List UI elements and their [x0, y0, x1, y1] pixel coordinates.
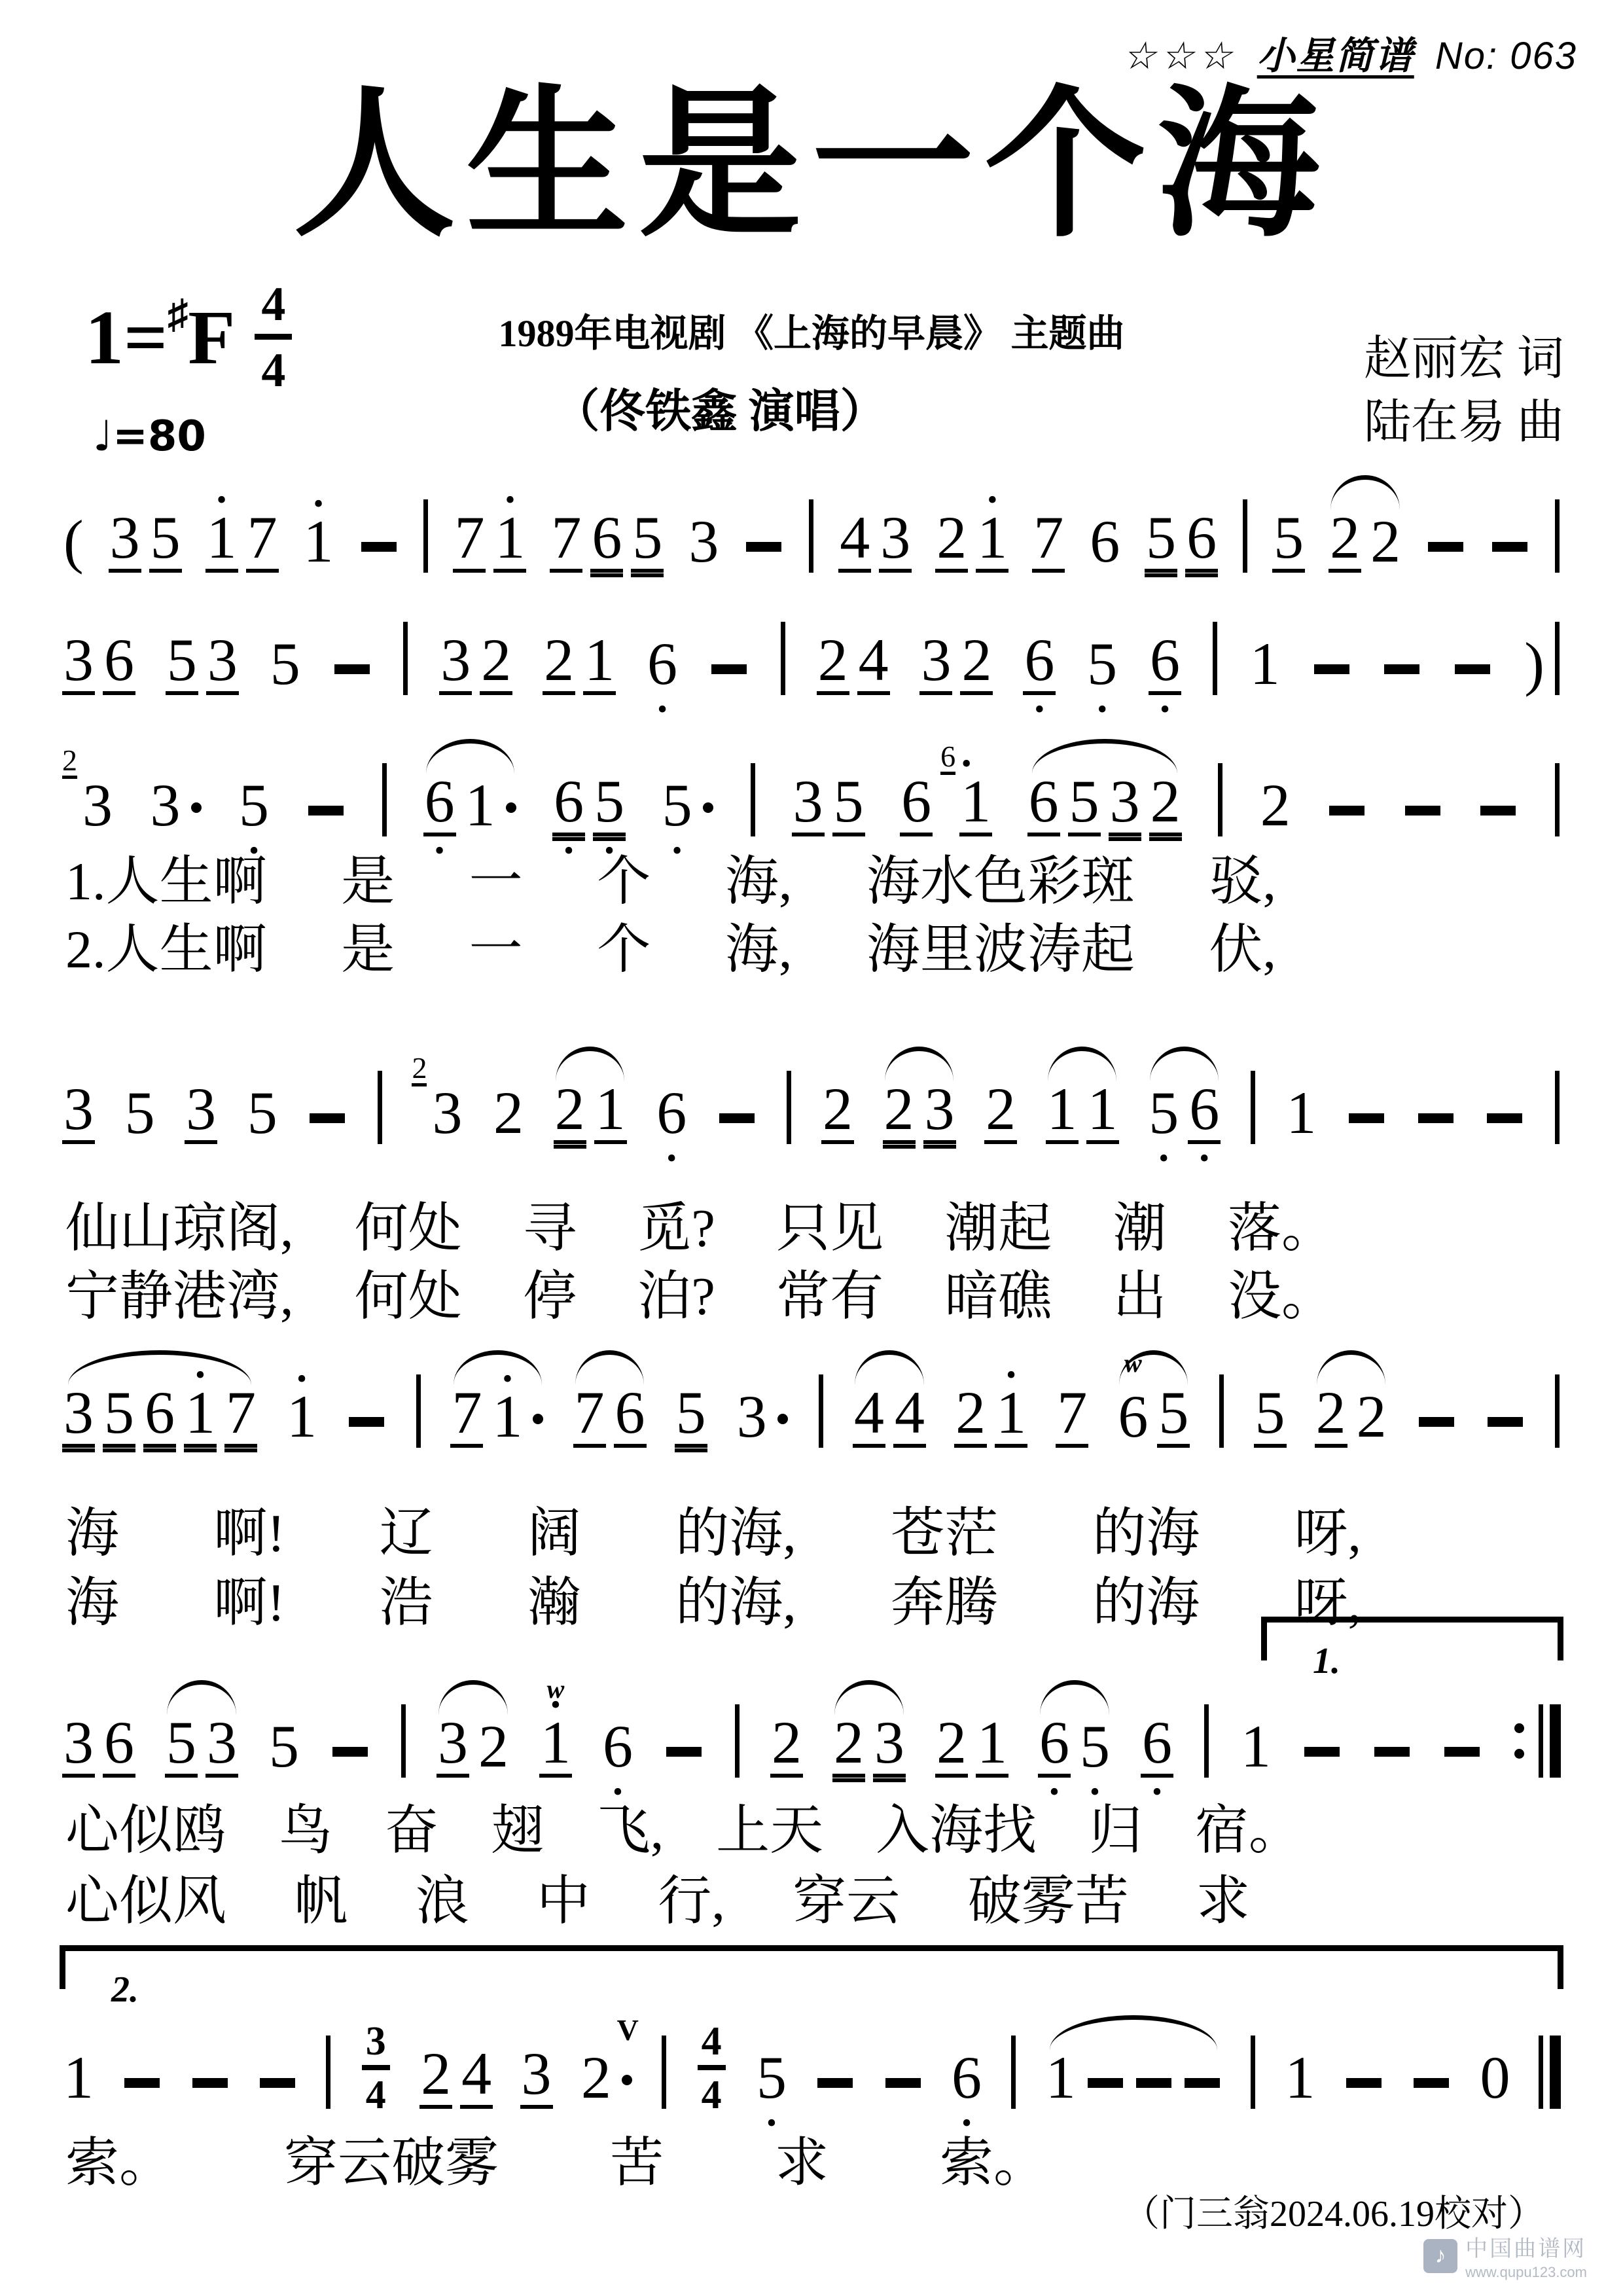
- note-digit: 2: [1369, 513, 1402, 573]
- low-octave-dot: •: [667, 1144, 677, 1173]
- note-group: 3: [185, 1081, 217, 1144]
- note-group: [1411, 2078, 1452, 2109]
- lyric-segment: 一: [469, 851, 523, 912]
- barline: [416, 1374, 421, 1448]
- lyric-segment: 辽: [380, 1503, 433, 1564]
- song-title: 人生是一个海: [0, 77, 1623, 256]
- note-digit: 2: [817, 632, 849, 695]
- note-digit: 3: [109, 509, 141, 573]
- note: 2: [1355, 1388, 1388, 1448]
- lyric-segment: 浩: [380, 1572, 433, 1634]
- high-octave-dot: •: [313, 490, 323, 518]
- duration-dash: [1418, 1113, 1454, 1123]
- note: 2: [1315, 1384, 1347, 1448]
- meter-denominator: 4: [366, 2070, 386, 2115]
- tied-note-group: 1: [1044, 2049, 1222, 2109]
- note-group: 1: [1283, 2049, 1316, 2109]
- lyric-segment: 仙山琼阁,: [65, 1198, 294, 1259]
- tempo-marking: ♩=80: [93, 412, 206, 461]
- note-group: [1485, 1417, 1525, 1448]
- note: 1: [1285, 1085, 1317, 1144]
- note-group: [664, 1747, 704, 1778]
- note-digit: 1: [302, 513, 335, 573]
- duration-dash: [711, 664, 747, 674]
- note: 5•: [1147, 1085, 1180, 1144]
- lyric-segment: 是: [341, 919, 395, 980]
- note: 1: [1249, 636, 1281, 695]
- note-group: [1554, 1071, 1561, 1144]
- note: 6•: [1141, 1714, 1173, 1778]
- lyric-segment: 个: [597, 919, 651, 980]
- note-group: [815, 2078, 855, 2109]
- note-digit: 4: [893, 1384, 926, 1448]
- duration-dash: [1329, 806, 1364, 816]
- note-digit: 3: [687, 513, 720, 573]
- lyric-segment: 破雾苦: [968, 1871, 1129, 1932]
- high-octave-dot: •: [503, 1365, 512, 1393]
- lyric-segment: 的海,: [675, 1572, 796, 1634]
- lyric-segment: 没。: [1228, 1266, 1335, 1327]
- lyrics-row: 1.人生啊是一个海,海水色彩斑驳,: [65, 851, 1558, 912]
- note: 6: [103, 1714, 135, 1778]
- barline: [1204, 1704, 1209, 1778]
- note-group: [709, 664, 749, 695]
- meter-numerator: 4: [698, 2021, 726, 2070]
- note-group: 2: [984, 1081, 1017, 1144]
- barline: [403, 622, 408, 695]
- time-signature: 34: [362, 2021, 390, 2115]
- note: 5: [165, 1714, 198, 1778]
- high-octave-dot: •: [217, 486, 226, 514]
- note: 5: [269, 636, 302, 695]
- volta-label: 2.: [111, 1971, 139, 2008]
- note: 7: [224, 1384, 257, 1448]
- lyric-segment: 2.人生啊: [65, 919, 267, 980]
- barline: [819, 1374, 823, 1448]
- note-group: 35: [109, 509, 182, 573]
- barline: [1011, 2036, 1016, 2109]
- note-group: [257, 2078, 298, 2109]
- note-digit: 6: [1023, 632, 1056, 695]
- composer-credit: 陆在易 曲: [1364, 391, 1564, 454]
- note-digit: 6: [143, 1384, 176, 1448]
- note-digit: 6: [1027, 773, 1060, 836]
- note-group: 56: [1145, 509, 1218, 573]
- note-group: ): [1523, 622, 1561, 695]
- note-digit: 1: [493, 509, 526, 573]
- note: 2: [480, 632, 512, 695]
- note-group: [1344, 2078, 1384, 2109]
- note: 6•: [655, 1085, 688, 1144]
- note-digit: 3: [736, 1388, 768, 1448]
- augmentation-dot: [703, 802, 713, 813]
- note: 5: [1272, 509, 1305, 573]
- note: 2: [1149, 773, 1182, 836]
- lyric-segment: 潮起: [944, 1198, 1052, 1259]
- barline: [1218, 763, 1222, 836]
- note-group: [717, 1113, 757, 1144]
- watermark: ♪ 中国曲谱网 www.qupu123.com: [1423, 2231, 1587, 2281]
- lyrics-row: 海啊!浩瀚的海,奔腾的海呀,: [65, 1572, 1558, 1634]
- note: 2V: [580, 2049, 613, 2109]
- note: 2: [770, 1714, 803, 1778]
- note-digit: 3: [919, 632, 952, 695]
- note-digit: 1: [1046, 1081, 1079, 1144]
- note-digit: 0: [1479, 2049, 1512, 2109]
- note-digit: 3: [873, 1714, 906, 1778]
- lyric-segment: 鸟: [279, 1800, 332, 1861]
- lyric-segment: 何处: [355, 1266, 462, 1327]
- note-digit: 5: [1079, 1718, 1111, 1778]
- note-digit: 7: [1056, 1384, 1088, 1448]
- duration-dash: [361, 542, 397, 552]
- note-group: 23: [412, 1085, 463, 1144]
- note-group: 32: [439, 632, 512, 695]
- lyric-segment: 泊?: [637, 1266, 715, 1327]
- note: 6•: [950, 2049, 983, 2109]
- note-digit: 2: [1329, 509, 1361, 573]
- note-digit: 6: [103, 632, 135, 695]
- note: 1•w: [539, 1714, 572, 1778]
- note: 3: [149, 777, 182, 836]
- lyric-segment: 觅?: [637, 1198, 715, 1259]
- note-group: [1010, 2036, 1017, 2109]
- lyric-segment: 索。: [940, 2132, 1047, 2194]
- note: 6•: [1188, 1081, 1221, 1144]
- note-group: 3: [687, 513, 720, 573]
- note-digit: 4: [460, 2045, 493, 2109]
- note-digit: 1: [959, 773, 992, 836]
- duration-dash: [1346, 2078, 1382, 2088]
- note-group: [1372, 1747, 1412, 1778]
- duration-dash: [1405, 806, 1440, 816]
- note: 5: [246, 1085, 279, 1144]
- note: 6•: [1038, 1714, 1071, 1778]
- grace-note: 6: [940, 742, 955, 775]
- note-group: [1327, 806, 1367, 836]
- tied-note-group: 32: [437, 1714, 510, 1778]
- music-system: 2.1342432V445•6•110: [62, 2011, 1561, 2109]
- note: 1: [1283, 2049, 1316, 2109]
- note: 1: [62, 2049, 95, 2109]
- barline: [735, 1704, 740, 1778]
- note-group: 7: [1056, 1384, 1088, 1448]
- note-group: [1484, 1113, 1525, 1144]
- note-digit: 1: [285, 1388, 318, 1448]
- note: 2: [1259, 777, 1292, 836]
- tied-note-group: 6•5•: [1038, 1714, 1111, 1778]
- key-prefix: 1=: [85, 293, 168, 382]
- lyric-segment: 个: [597, 851, 651, 912]
- duration-dash: [1428, 542, 1463, 552]
- barline: [378, 1071, 382, 1144]
- note-digit: 6: [900, 773, 933, 836]
- note-digit: 1: [205, 509, 238, 573]
- note-group: [415, 1374, 422, 1448]
- note: 5: [832, 773, 865, 836]
- note-digit: 4: [838, 509, 871, 573]
- volta-bracket: 2.: [60, 1945, 1563, 1989]
- barline: [1555, 1374, 1560, 1448]
- note: 1: [976, 1714, 1008, 1778]
- note: 2: [554, 1081, 586, 1144]
- lyric-segment: 呀,: [1294, 1503, 1361, 1564]
- note-digit: 7: [450, 1384, 483, 1448]
- series-brand: 小星简谱: [1257, 35, 1414, 77]
- lyric-segment: 上天: [716, 1800, 823, 1861]
- note-digit: 5: [149, 509, 182, 573]
- lyric-segment: 求: [1196, 1871, 1250, 1932]
- tied-note-group: 6w5: [1116, 1384, 1190, 1448]
- note-digit: 6: [423, 773, 456, 836]
- tied-note-group: 22: [1329, 509, 1402, 573]
- note: 3: [687, 513, 720, 573]
- note-group: [1241, 499, 1249, 573]
- note: 5: [268, 1718, 300, 1778]
- note-group: [332, 664, 372, 695]
- lyric-segment: 苦: [610, 2132, 664, 2194]
- barline: [809, 499, 813, 573]
- grace-note: 2: [62, 745, 77, 779]
- note-group: [1217, 763, 1224, 836]
- note-group: (: [62, 513, 85, 573]
- note-digit: 3: [792, 773, 825, 836]
- note-digit: 2: [883, 1081, 916, 1144]
- tied-note-group: 6•1: [423, 773, 518, 836]
- augmentation-dot: [533, 1414, 543, 1424]
- tied-note-group: 23: [832, 1714, 906, 1778]
- note-digit: 1: [594, 1081, 627, 1144]
- note-group: 6•: [655, 1085, 688, 1144]
- note: 3: [1109, 773, 1141, 836]
- note-group: [1211, 622, 1219, 695]
- low-octave-dot: •: [1159, 1144, 1169, 1173]
- meter-numerator: 4: [255, 280, 292, 340]
- lyric-segment: 归: [1089, 1800, 1143, 1861]
- note: 3: [736, 1388, 768, 1448]
- duration-dash: [1480, 806, 1516, 816]
- note-digit: 7: [1032, 509, 1065, 573]
- final-barline: [1539, 2036, 1561, 2109]
- note: 1•: [995, 1384, 1027, 1448]
- note-group: [1554, 763, 1561, 836]
- lyric-segment: 何处: [355, 1198, 462, 1259]
- duration-dash: [1444, 1747, 1480, 1757]
- note: 5: [1254, 1384, 1287, 1448]
- note: 1: [1044, 2049, 1077, 2109]
- duration-dash: [192, 2078, 228, 2088]
- duration-dash: [332, 1747, 368, 1757]
- low-octave-dot: •: [1035, 695, 1044, 724]
- tied-note-group: 21: [554, 1081, 627, 1144]
- lyric-segment: 宁静港湾,: [65, 1266, 294, 1327]
- note: 6: [614, 1384, 647, 1448]
- duration-dash: [666, 1747, 702, 1757]
- note: 2: [1369, 513, 1402, 573]
- note: 1•: [302, 513, 335, 573]
- note: 3: [437, 1714, 469, 1778]
- note: 23: [412, 1085, 463, 1144]
- duration-dash: [1374, 1747, 1410, 1757]
- note-digit: 1: [1283, 2049, 1316, 2109]
- note-digit: 3: [62, 1384, 95, 1448]
- note-digit: 2: [935, 509, 968, 573]
- note: 5•: [1079, 1718, 1111, 1778]
- note: 2: [1329, 509, 1361, 573]
- note-digit: 1: [184, 1384, 217, 1448]
- note-group: [1218, 1374, 1225, 1448]
- note-digit: 2: [770, 1714, 803, 1778]
- barline: [1555, 1071, 1560, 1144]
- note: 2: [883, 1081, 916, 1144]
- lyric-segment: 索。: [65, 2132, 173, 2194]
- lyric-segment: 寻: [523, 1198, 577, 1259]
- note-group: [660, 2036, 668, 2109]
- sharp-icon: ♯: [168, 292, 188, 338]
- note-group: 1•: [302, 513, 335, 573]
- note-digit: 6: [1116, 1388, 1149, 1448]
- tied-note-group: 23: [883, 1081, 956, 1144]
- note: 1•: [491, 1388, 524, 1448]
- note: 3: [439, 632, 472, 695]
- note-digit: 6: [1149, 632, 1181, 695]
- note-group: [1416, 1113, 1456, 1144]
- lyric-segment: 中: [537, 1871, 590, 1932]
- repeat-dots: [1514, 1723, 1524, 1759]
- note: 4: [857, 632, 890, 695]
- note-group: 3: [736, 1388, 789, 1448]
- note-digit: 1: [539, 1714, 572, 1778]
- lyric-segment: 帆: [294, 1871, 348, 1932]
- note-digit: 1: [464, 777, 497, 836]
- final-barline: [1539, 1704, 1561, 1778]
- note-digit: 7: [224, 1384, 257, 1448]
- duration-dash: [746, 542, 781, 552]
- note-group: 5: [1272, 509, 1305, 573]
- note-digit: 5: [166, 632, 198, 695]
- note-digit: 2: [1259, 777, 1292, 836]
- lyric-segment: 心似鸥: [65, 1800, 226, 1861]
- note: 7: [450, 1384, 483, 1448]
- note-digit: 3: [149, 777, 182, 836]
- note-group: 6•5•: [552, 773, 626, 836]
- note: 5: [675, 1384, 707, 1448]
- duration-dash: [817, 2078, 853, 2088]
- note-group: [817, 1374, 825, 1448]
- note-digit: 5: [593, 773, 626, 836]
- key-letter: F: [188, 293, 235, 382]
- augmentation-dot: [506, 802, 516, 813]
- barline: [1555, 622, 1560, 695]
- note-group: 1: [1240, 1718, 1272, 1778]
- note-digit: 6: [1188, 1081, 1221, 1144]
- note-group: [1402, 806, 1443, 836]
- lyric-segment: 潮: [1113, 1198, 1167, 1259]
- note-digit: 5: [1272, 509, 1305, 573]
- note-group: 0: [1479, 2049, 1512, 2109]
- note-group: 36: [62, 1714, 135, 1778]
- note: 6•: [552, 773, 585, 836]
- note-group: [1203, 1704, 1210, 1778]
- lyric-segment: 穿云: [793, 1871, 900, 1932]
- lyricist-credit: 赵丽宏 词: [1364, 327, 1564, 391]
- lyric-segment: 的海: [1092, 1503, 1200, 1564]
- tied-note-group: 3561•7: [62, 1384, 257, 1448]
- note-group: 2: [770, 1714, 803, 1778]
- note: 2: [832, 1714, 865, 1778]
- note-group: 1: [62, 2049, 95, 2109]
- note-group: 21•: [935, 509, 1008, 573]
- note-digit: 2: [935, 1714, 968, 1778]
- lyric-segment: 心似风: [65, 1871, 226, 1932]
- note-group: 1•7: [205, 509, 279, 573]
- grace-note: 2: [412, 1053, 427, 1086]
- note-group: [190, 2078, 230, 2109]
- tied-note-group: 6532: [1027, 773, 1182, 836]
- note-digit: 3: [923, 1081, 956, 1144]
- note: 1•: [976, 509, 1008, 573]
- note: 2: [543, 632, 575, 695]
- note-group: [1416, 1417, 1457, 1448]
- note-group: 71•: [453, 509, 526, 573]
- duration-dash: [1419, 1417, 1454, 1427]
- note: 1•: [184, 1384, 217, 1448]
- note-digit: ): [1523, 636, 1546, 695]
- time-signature: 44: [698, 2021, 726, 2115]
- note-group: [743, 542, 784, 573]
- note: 7: [573, 1384, 606, 1448]
- duration-dash: [334, 664, 370, 674]
- lyric-segment: 呀,: [1294, 1572, 1361, 1634]
- augmentation-dot: [777, 1414, 788, 1424]
- note-group: 2: [1259, 777, 1292, 836]
- lyric-segment: 浪: [416, 1871, 469, 1932]
- lyric-segment: 只见: [776, 1198, 883, 1259]
- note-group: 6•: [646, 636, 679, 695]
- note: (: [62, 513, 85, 573]
- note: 6: [1027, 773, 1060, 836]
- music-system: 3535232216•2232115•6•1: [62, 1046, 1561, 1144]
- note-group: 3: [62, 1081, 95, 1144]
- note-group: [1249, 2036, 1257, 2109]
- note: 3: [873, 1714, 906, 1778]
- note-group: [1346, 1113, 1387, 1144]
- note: 3: [923, 1081, 956, 1144]
- note: 1: [1046, 1081, 1079, 1144]
- note-group: 6•: [601, 1718, 634, 1778]
- note-digit: 1: [1285, 1085, 1317, 1144]
- note-digit: 2: [960, 632, 993, 695]
- note-group: [1554, 1374, 1561, 1448]
- note-group: [883, 2078, 923, 2109]
- lyric-segment: 常有: [776, 1266, 883, 1327]
- note-digit: 5: [103, 1384, 135, 1448]
- note: 6: [900, 773, 933, 836]
- note-group: 2: [821, 1081, 854, 1144]
- note-group: [325, 2036, 332, 2109]
- note: 3: [206, 632, 239, 695]
- lyric-segment: 一: [469, 919, 523, 980]
- note-digit: 7: [246, 509, 279, 573]
- note: 23: [62, 777, 114, 836]
- note: 6: [143, 1384, 176, 1448]
- duration-dash: [1455, 664, 1490, 674]
- note-group: 5•: [238, 777, 270, 836]
- note: 5•: [755, 2049, 788, 2109]
- duration-dash: [124, 2078, 160, 2088]
- barline: [1555, 763, 1560, 836]
- note-group: [122, 2078, 162, 2109]
